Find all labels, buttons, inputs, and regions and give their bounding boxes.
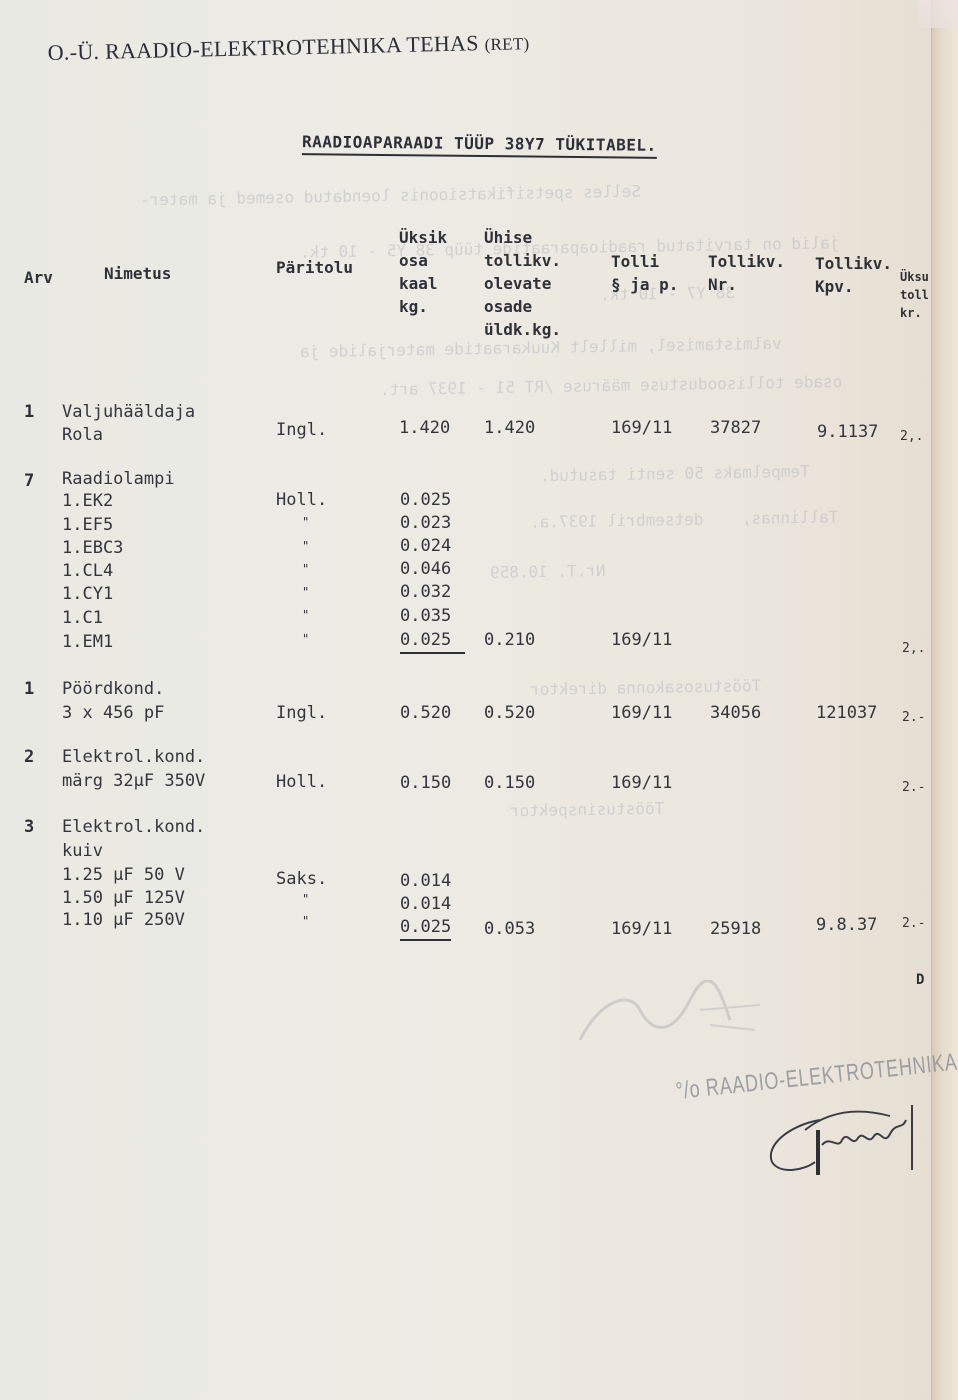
row-tollikv-nr: 37827 bbox=[710, 417, 761, 440]
column-header-arv: Arv bbox=[24, 266, 53, 289]
bleed-through-line: Tööstusinspektor bbox=[510, 799, 664, 821]
row-uhise: 0.210 bbox=[484, 629, 535, 652]
column-header-uhise-kaal: Ühise tollikv. olevate osade üldk.kg. bbox=[484, 226, 561, 341]
bleed-through-line: Selles spetsifikatsioonis loendatud osem… bbox=[140, 182, 641, 210]
row-paritolu: Holl. bbox=[276, 771, 327, 794]
subitem-name: 1.25 µF 50 V bbox=[62, 864, 185, 887]
bleed-through-line: Nr.T. 10.859 bbox=[490, 561, 606, 582]
column-header-tollikv-kpv: Tollikv. Kpv. bbox=[815, 252, 892, 298]
row-nimetus-sub: Rola bbox=[62, 424, 103, 447]
row-nimetus: Elektrol.kond. bbox=[62, 816, 205, 839]
row-arv: 1 bbox=[24, 401, 34, 424]
faint-signature-mark bbox=[570, 980, 770, 1050]
company-stamp: °/o RAADIO-ELEKTROTEHNIKA TE bbox=[675, 1045, 958, 1105]
column-header-paritolu: Päritolu bbox=[276, 256, 353, 279]
row-toll: 2.- bbox=[902, 706, 925, 729]
letterhead: O.-Ü. RAADIO-ELEKTROTEHNIKA TEHAS (RET) bbox=[47, 29, 529, 66]
document-title: RAADIOAPARAADI TÜÜP 38Y7 TÜKITABEL. bbox=[302, 132, 657, 159]
bleed-through-line: Tempelmaks 50 senti tasutud. bbox=[540, 462, 810, 486]
subitem-name: 1.EF5 bbox=[62, 514, 113, 537]
subitem-uksik: 0.025 bbox=[400, 489, 451, 512]
row-nimetus-sub: märg 32µF 350V bbox=[62, 770, 205, 793]
edge-mark: D bbox=[916, 972, 924, 988]
row-toll: 2.- bbox=[902, 912, 925, 935]
bleed-through-line: Tööstusosakonna direktor bbox=[530, 676, 761, 699]
column-header-nimetus: Nimetus bbox=[104, 262, 171, 285]
column-header-uksik-kaal: Üksik osa kaal kg. bbox=[399, 226, 447, 318]
row-uhise: 0.053 bbox=[484, 918, 535, 941]
row-nimetus-sub: kuiv bbox=[62, 840, 103, 863]
subitem-name: 1.50 µF 125V bbox=[62, 887, 185, 910]
row-nimetus: Valjuhääldaja bbox=[62, 401, 195, 424]
row-arv: 7 bbox=[24, 470, 34, 493]
subitem-paritolu: " bbox=[302, 511, 309, 534]
row-arv: 3 bbox=[24, 816, 34, 839]
row-uksik: 0.520 bbox=[400, 702, 451, 725]
row-nimetus: Raadiolampi bbox=[62, 468, 175, 491]
subitem-paritolu: " bbox=[302, 628, 309, 651]
row-nimetus: Pöördkond. bbox=[62, 678, 164, 701]
subitem-paritolu: " bbox=[302, 888, 309, 911]
subitem-name: 1.EK2 bbox=[62, 490, 113, 513]
subitem-uksik: 0.035 bbox=[400, 605, 451, 628]
subitem-name: 1.C1 bbox=[62, 607, 103, 630]
column-header-tolli: Tolli § ja p. bbox=[611, 250, 678, 296]
row-arv: 2 bbox=[24, 746, 34, 769]
subitem-name: 1.EM1 bbox=[62, 631, 113, 654]
subitem-uksik-last: 0.025 bbox=[400, 916, 451, 941]
company-abbrev: (RET) bbox=[484, 34, 529, 54]
subitem-paritolu: Holl. bbox=[276, 489, 327, 512]
row-toll: 2,. bbox=[900, 425, 923, 448]
subitem-uksik: 0.014 bbox=[400, 893, 451, 916]
row-uhise: 0.150 bbox=[484, 772, 535, 795]
subitem-uksik: 0.046 bbox=[400, 558, 451, 581]
subitem-paritolu: " bbox=[302, 535, 309, 558]
subitem-paritolu: " bbox=[302, 604, 309, 627]
bleed-through-line: osade tollisoodustuse määruse /RT 51 - 1… bbox=[380, 372, 843, 399]
bleed-through-line: Tallinnas, detsembril 1937.a. bbox=[530, 507, 839, 531]
row-tolli: 169/11 bbox=[611, 918, 672, 941]
row-nimetus: Elektrol.kond. bbox=[62, 746, 205, 769]
subitem-paritolu: " bbox=[302, 558, 309, 581]
row-arv: 1 bbox=[24, 678, 34, 701]
row-uhise: 1.420 bbox=[484, 417, 535, 440]
row-nimetus-sub: 3 x 456 pF bbox=[62, 702, 164, 725]
subitem-paritolu: " bbox=[302, 581, 309, 604]
row-tollikv-kpv: 121037 bbox=[816, 702, 877, 725]
subitem-uksik: 0.032 bbox=[400, 581, 451, 604]
row-tollikv-kpv: 9.1137 bbox=[817, 421, 878, 444]
subitem-uksik: 0.023 bbox=[400, 512, 451, 535]
row-tolli: 169/11 bbox=[611, 702, 672, 725]
row-tollikv-kpv: 9.8.37 bbox=[816, 914, 877, 937]
subitem-uksik-last: 0.025 bbox=[400, 629, 465, 654]
subitem-uksik: 0.024 bbox=[400, 535, 451, 558]
subitem-name: 1.CL4 bbox=[62, 560, 113, 583]
row-tolli: 169/11 bbox=[611, 629, 672, 652]
row-toll: 2,. bbox=[902, 637, 925, 660]
row-tolli: 169/11 bbox=[611, 417, 672, 440]
row-tollikv-nr: 25918 bbox=[710, 918, 761, 941]
column-header-uksus-toll: Üksu toll kr. bbox=[900, 268, 929, 322]
column-header-tollikv-nr: Tollikv. Nr. bbox=[708, 250, 785, 296]
subitem-name: 1.EBC3 bbox=[62, 537, 123, 560]
signature bbox=[760, 1100, 930, 1180]
row-uksik: 1.420 bbox=[399, 417, 450, 440]
row-uhise: 0.520 bbox=[484, 702, 535, 725]
subitem-name: 1.CY1 bbox=[62, 583, 113, 606]
subitem-name: 1.10 µF 250V bbox=[62, 909, 185, 932]
row-paritolu: Ingl. bbox=[276, 419, 327, 442]
subitem-uksik: 0.014 bbox=[400, 870, 451, 893]
subitem-paritolu: " bbox=[302, 910, 309, 933]
row-paritolu: Ingl. bbox=[276, 702, 327, 725]
row-uksik: 0.150 bbox=[400, 772, 451, 795]
row-tolli: 169/11 bbox=[611, 772, 672, 795]
page-edge bbox=[931, 0, 958, 1400]
row-toll: 2.- bbox=[902, 776, 925, 799]
row-tollikv-nr: 34056 bbox=[710, 702, 761, 725]
company-name: O.-Ü. RAADIO-ELEKTROTEHNIKA TEHAS bbox=[47, 30, 479, 65]
page-corner bbox=[918, 0, 958, 28]
